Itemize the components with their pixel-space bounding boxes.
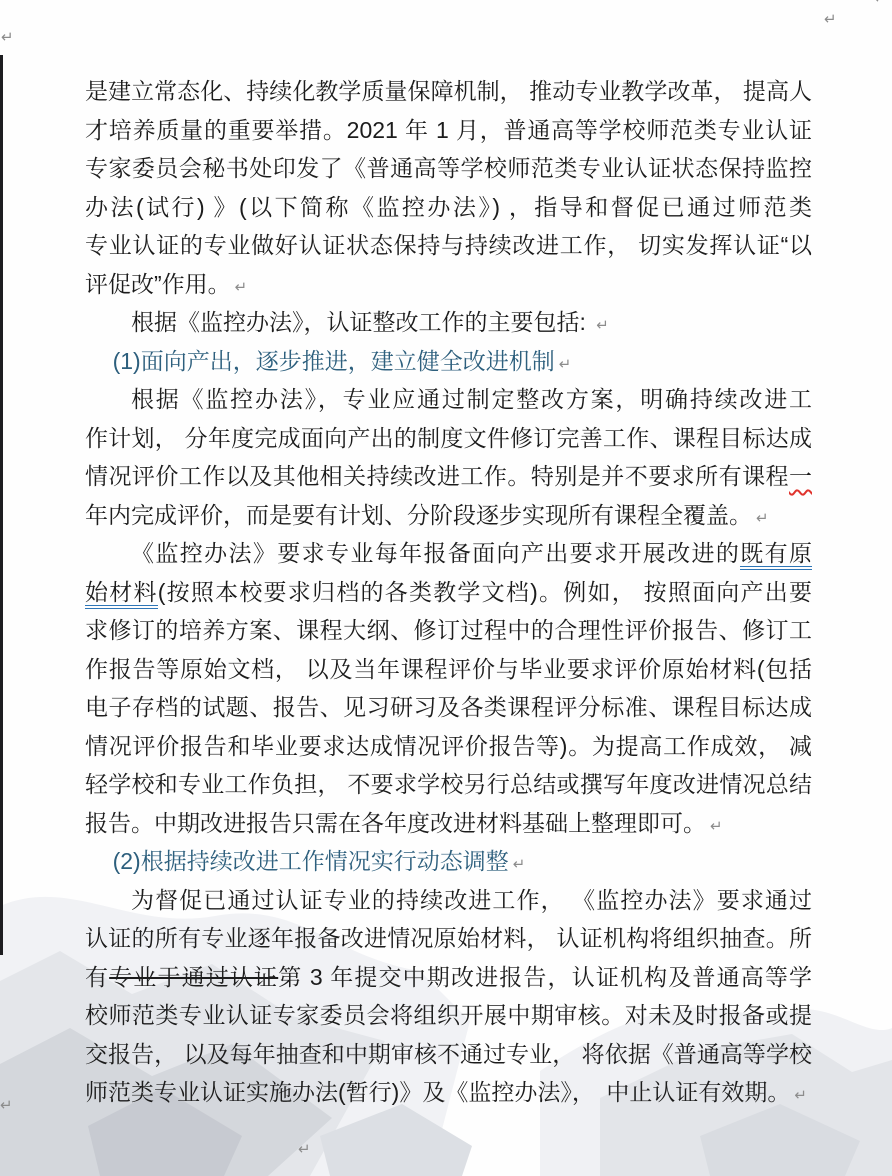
text-line: 始材料(按照本校要求归档的各类教学文档)。例如， 按照面向产出要 <box>85 573 812 612</box>
section-heading-2: (2)根据持续改进工作情况实行动态调整↵ <box>85 842 812 881</box>
text-run: 是建立常态化、持续化教学质量保障机制， 推动专业教学改革， 提高人 <box>85 78 812 104</box>
spellcheck-flagged-text: 一 <box>789 463 812 489</box>
text-run: 认证的所有专业逐年报备改进情况原始材料， 认证机构将组织抽查。所 <box>85 925 812 951</box>
paragraph-mark: ↵ <box>298 1142 311 1157</box>
text-run: 为督促已通过认证专业的持续改进工作， 《监控办法》要求通过 <box>131 887 812 913</box>
text-run: 第 3 年提交中期改进报告，认证机构及普通高等学 <box>278 964 812 990</box>
text-line: 校师范类专业认证专家委员会将组织开展中期审核。对未及时报备或提 <box>85 996 812 1035</box>
text-line: 报告。中期改进报告只需在各年度改进材料基础上整理即可。↵ <box>85 804 812 843</box>
text-line: 有专业于通过认证第 3 年提交中期改进报告，认证机构及普通高等学 <box>85 958 812 997</box>
text-run: 轻学校和专业工作负担， 不要求学校另行总结或撰写年度改进情况总结 <box>85 771 812 797</box>
text-run: 报告。中期改进报告只需在各年度改进材料基础上整理即可。 <box>85 810 706 836</box>
inserted-underlined-text: 既有原 <box>740 540 812 570</box>
text-run: 专家委员会秘书处印发了《普通高等学校师范类专业认证状态保持监控 <box>85 155 812 181</box>
paragraph-mark: ↵ <box>794 1087 807 1104</box>
text-run: 作计划， 分年度完成面向产出的制度文件修订完善工作、课程目标达成 <box>85 425 812 451</box>
paragraph-mark: ↵ <box>824 12 837 27</box>
paragraph-mark: ↵ <box>874 0 887 6</box>
text-run: 交报告， 以及每年抽查和中期审核不通过专业， 将依据《普通高等学校 <box>85 1041 812 1067</box>
section-heading-1: (1)面向产出，逐步推进，建立健全改进机制↵ <box>85 342 812 381</box>
text-line: 电子存档的试题、报告、见习研习及各类课程评分标准、课程目标达成 <box>85 688 812 727</box>
text-line: 情况评价报告和毕业要求达成情况评价报告等)。为提高工作成效， 减 <box>85 727 812 766</box>
text-run: 评促改”作用。 <box>85 271 231 297</box>
text-line: 认证的所有专业逐年报备改进情况原始材料， 认证机构将组织抽查。所 <box>85 919 812 958</box>
text-line: 轻学校和专业工作负担， 不要求学校另行总结或撰写年度改进情况总结 <box>85 765 812 804</box>
text-line: 交报告， 以及每年抽查和中期审核不通过专业， 将依据《普通高等学校 <box>85 1035 812 1074</box>
text-line: 专业认证的专业做好认证状态保持与持续改进工作， 切实发挥认证“以 <box>85 226 812 265</box>
page-edge-line <box>0 55 3 955</box>
text-run: 校师范类专业认证专家委员会将组织开展中期审核。对未及时报备或提 <box>85 1002 812 1028</box>
text-line: 评促改”作用。↵ <box>85 265 812 304</box>
text-line: 作报告等原始文档， 以及当年课程评价与毕业要求评价原始材料(包括 <box>85 650 812 689</box>
text-line: 作计划， 分年度完成面向产出的制度文件修订完善工作、课程目标达成 <box>85 419 812 458</box>
paragraph-mark: ↵ <box>0 1098 13 1113</box>
text-run: 根据《监控办法》，认证整改工作的主要包括: <box>131 309 592 335</box>
text-run: 有 <box>85 964 109 990</box>
struck-through-text: 专业于通过认证 <box>109 964 278 990</box>
text-run: 作报告等原始文档， 以及当年课程评价与毕业要求评价原始材料(包括 <box>85 656 812 682</box>
paragraph-mark: ↵ <box>559 356 572 373</box>
text-line: 是建立常态化、持续化教学质量保障机制， 推动专业教学改革， 提高人 <box>85 72 812 111</box>
text-run: 才培养质量的重要举措。2021 年 1 月，普通高等学校师范类专业认证 <box>85 117 812 143</box>
text-run: 情况评价工作以及其他相关持续改进工作。特别是并不要求所有课程 <box>85 463 789 489</box>
text-run: 办法(试行) 》(以下简称《监控办法》) ，指导和督促已通过师范类 <box>85 194 812 220</box>
text-run: 求修订的培养方案、课程大纲、修订过程中的合理性评价报告、修订工 <box>85 617 812 643</box>
paragraph-mark: ↵ <box>235 279 248 296</box>
text-line: 为督促已通过认证专业的持续改进工作， 《监控办法》要求通过 <box>85 881 812 920</box>
text-line: 根据《监控办法》，认证整改工作的主要包括: ↵ <box>85 303 812 342</box>
text-run: 电子存档的试题、报告、见习研习及各类课程评分标准、课程目标达成 <box>85 694 812 720</box>
paragraph-mark: ↵ <box>1 30 14 45</box>
text-run: (按照本校要求归档的各类教学文档)。例如， 按照面向产出要 <box>158 579 812 605</box>
word-page: ↵ ↵ ↵ ↵ ↵ 是建立常态化、持续化教学质量保障机制， 推动专业教学改革， … <box>0 0 892 1176</box>
paragraph-mark: ↵ <box>513 856 526 873</box>
text-line: 《监控办法》要求专业每年报备面向产出要求开展改进的既有原 <box>85 534 812 573</box>
text-line: 师范类专业认证实施办法(暂行)》及《监控办法》， 中止认证有效期。↵ <box>85 1073 812 1112</box>
text-run: 《监控办法》要求专业每年报备面向产出要求开展改进的 <box>131 540 740 566</box>
text-run: 专业认证的专业做好认证状态保持与持续改进工作， 切实发挥认证“以 <box>85 232 812 258</box>
text-line: 求修订的培养方案、课程大纲、修订过程中的合理性评价报告、修订工 <box>85 611 812 650</box>
text-line: 办法(试行) 》(以下简称《监控办法》) ，指导和督促已通过师范类 <box>85 188 812 227</box>
text-run: (1)面向产出，逐步推进，建立健全改进机制 <box>113 348 555 374</box>
paragraph-mark: ↵ <box>710 818 723 835</box>
text-run: 情况评价报告和毕业要求达成情况评价报告等)。为提高工作成效， 减 <box>85 733 812 759</box>
paragraph-mark: ↵ <box>596 317 609 334</box>
text-run: 年内完成评价，而是要有计划、分阶段逐步实现所有课程全覆盖。 <box>85 502 752 528</box>
text-line: 才培养质量的重要举措。2021 年 1 月，普通高等学校师范类专业认证 <box>85 111 812 150</box>
text-run: (2)根据持续改进工作情况实行动态调整 <box>113 848 509 874</box>
text-line: 根据《监控办法》，专业应通过制定整改方案，明确持续改进工 <box>85 380 812 419</box>
text-line: 情况评价工作以及其他相关持续改进工作。特别是并不要求所有课程一 <box>85 457 812 496</box>
text-run: 师范类专业认证实施办法(暂行)》及《监控办法》， 中止认证有效期。 <box>85 1079 790 1105</box>
text-line: 年内完成评价，而是要有计划、分阶段逐步实现所有课程全覆盖。↵ <box>85 496 812 535</box>
inserted-underlined-text: 始材料 <box>85 579 158 609</box>
text-line: 专家委员会秘书处印发了《普通高等学校师范类专业认证状态保持监控 <box>85 149 812 188</box>
document-text[interactable]: 是建立常态化、持续化教学质量保障机制， 推动专业教学改革， 提高人才培养质量的重… <box>85 72 812 1112</box>
paragraph-mark: ↵ <box>756 510 769 527</box>
text-run: 根据《监控办法》，专业应通过制定整改方案，明确持续改进工 <box>131 386 812 412</box>
